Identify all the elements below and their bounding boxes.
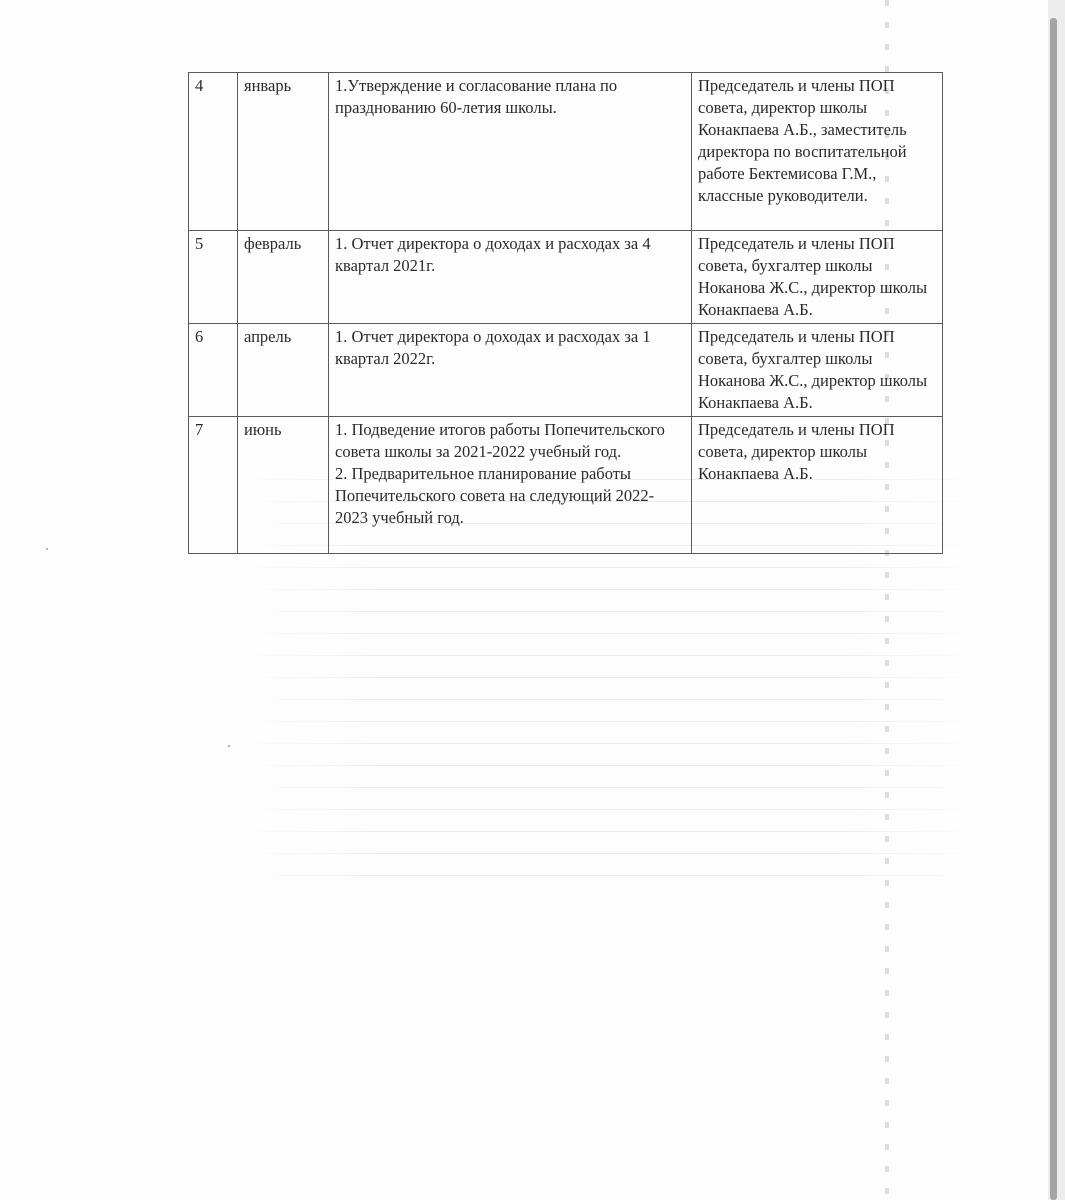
scan-speck [46,548,48,550]
scan-speck [228,745,230,747]
event-item: 1. Отчет директора о доходах и расходах … [335,233,685,277]
row-event: 1. Отчет директора о доходах и расходах … [329,231,692,324]
row-number: 4 [189,73,238,231]
row-responsible: Председатель и члены ПОП совета, бухгалт… [692,231,943,324]
row-event: 1. Подведение итогов работы Попечительск… [329,417,692,554]
row-event: 1. Отчет директора о доходах и расходах … [329,324,692,417]
row-number: 7 [189,417,238,554]
plan-table: 4 январь 1.Утверждение и согласование пл… [188,72,943,554]
row-month: июнь [238,417,329,554]
vertical-scrollbar[interactable] [1048,0,1065,1200]
row-number: 6 [189,324,238,417]
row-event: 1.Утверждение и согласование плана по пр… [329,73,692,231]
row-responsible: Председатель и члены ПОП совета, директо… [692,73,943,231]
event-item: 2. Предварительное планирование работы П… [335,463,685,529]
row-month: январь [238,73,329,231]
table-row: 4 январь 1.Утверждение и согласование пл… [189,73,943,231]
row-month: апрель [238,324,329,417]
row-responsible: Председатель и члены ПОП совета, директо… [692,417,943,554]
event-item: 1. Подведение итогов работы Попечительск… [335,419,685,463]
document-page: 4 январь 1.Утверждение и согласование пл… [0,0,1048,1200]
table-row: 5 февраль 1. Отчет директора о доходах и… [189,231,943,324]
table-row: 7 июнь 1. Подведение итогов работы Попеч… [189,417,943,554]
row-month: февраль [238,231,329,324]
event-item: 1. Отчет директора о доходах и расходах … [335,326,685,370]
event-item: 1.Утверждение и согласование плана по пр… [335,75,685,119]
row-responsible: Председатель и члены ПОП совета, бухгалт… [692,324,943,417]
row-number: 5 [189,231,238,324]
scrollbar-thumb[interactable] [1050,18,1057,1200]
table-row: 6 апрель 1. Отчет директора о доходах и … [189,324,943,417]
